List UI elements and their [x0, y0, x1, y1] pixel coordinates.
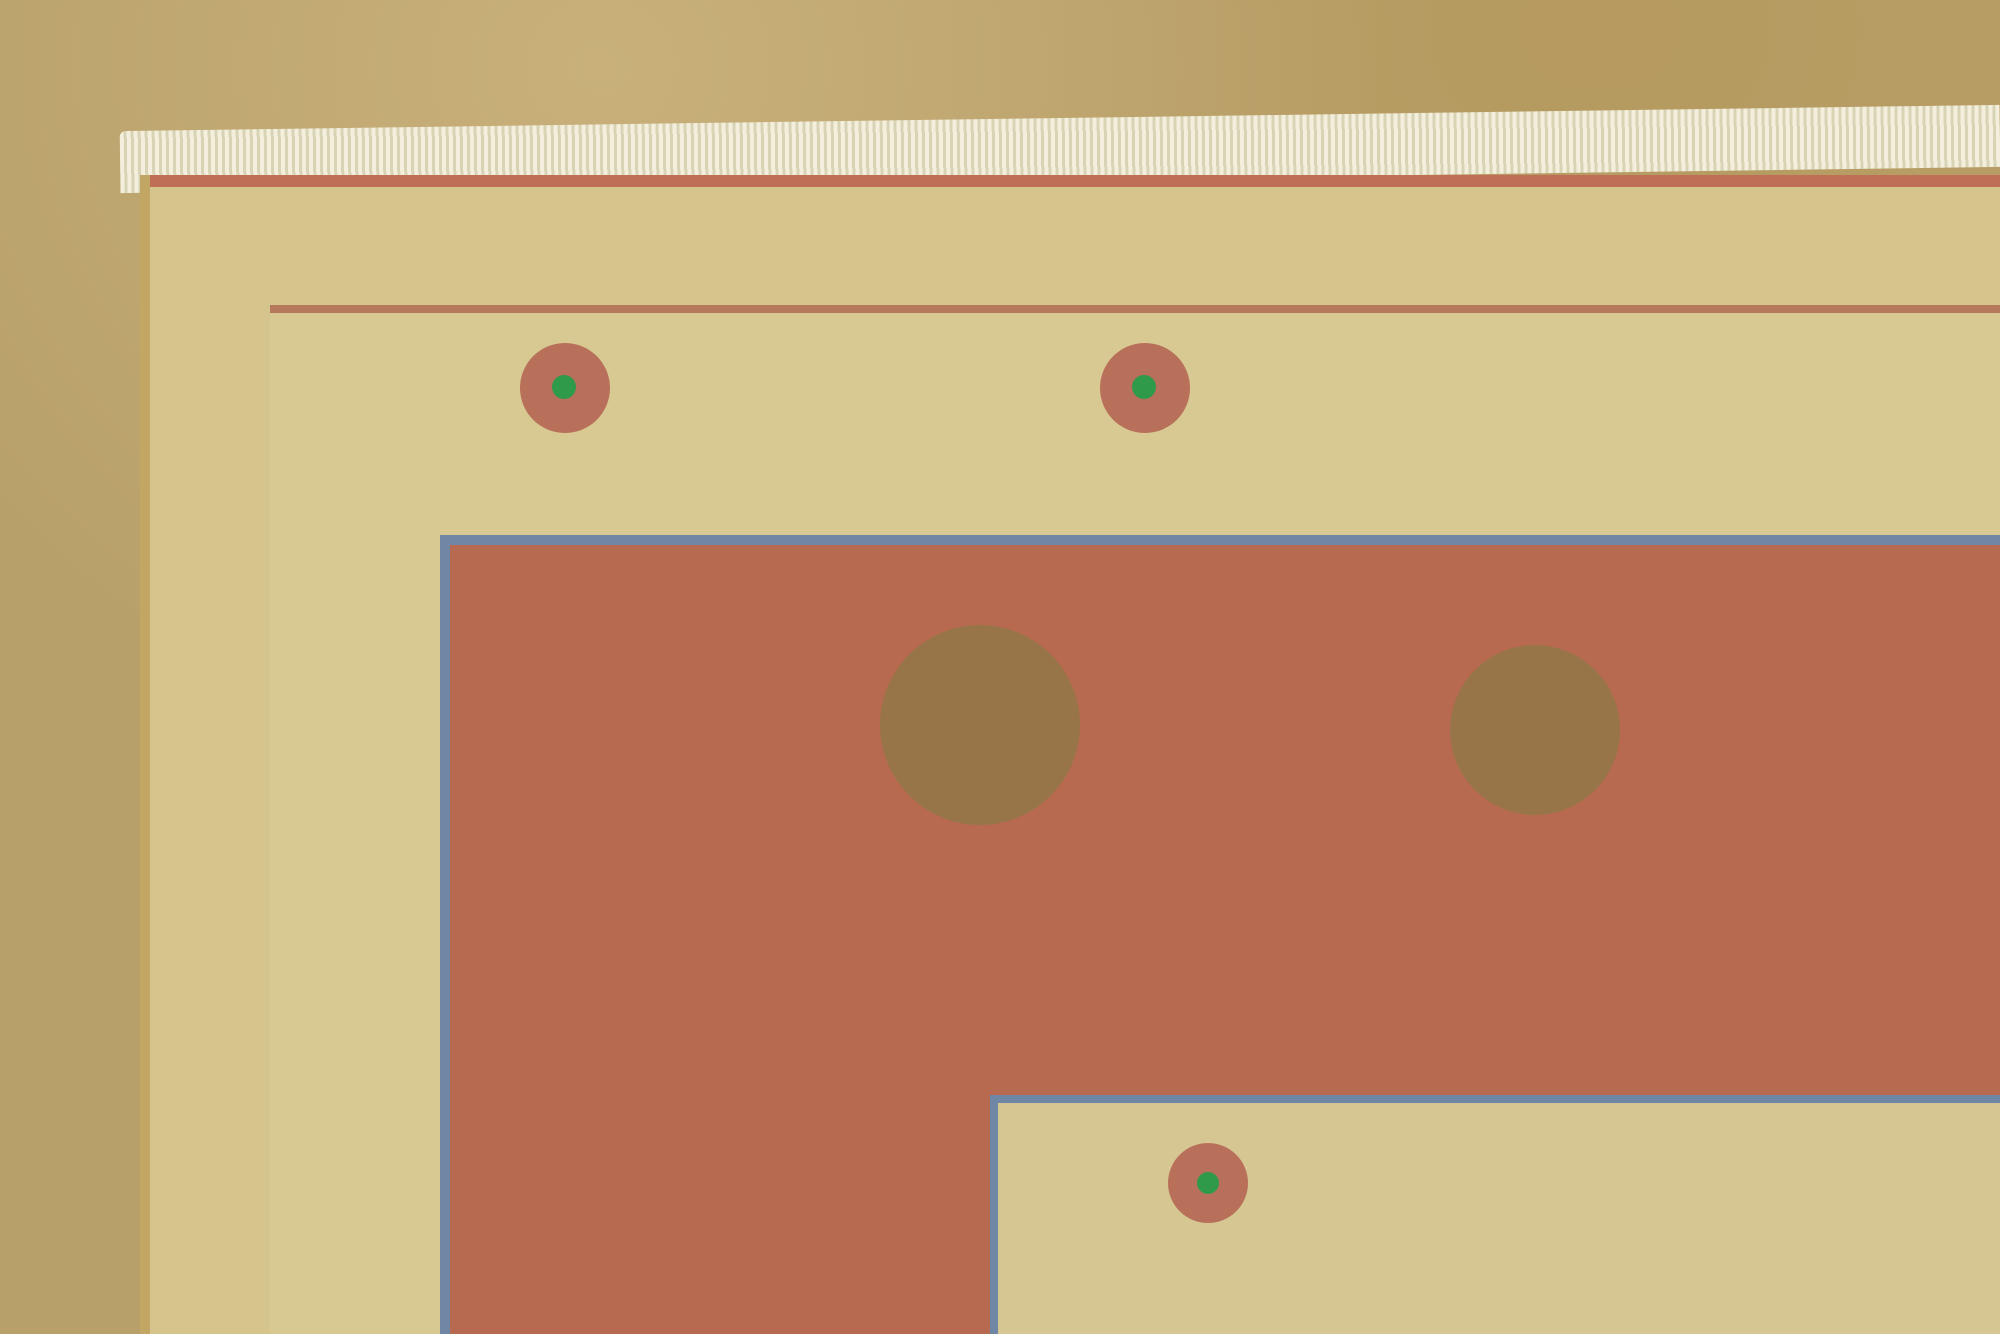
olive-floral-motif: [880, 625, 1080, 825]
rosette-green-center: [1197, 1172, 1219, 1194]
olive-floral-motif: [1450, 645, 1620, 815]
inner-cream-border: [990, 1095, 2000, 1334]
rug-photograph: [0, 0, 2000, 1334]
rosette-green-center: [552, 375, 576, 399]
rug-back-corner: [140, 175, 2000, 1334]
rosette-green-center: [1132, 375, 1156, 399]
